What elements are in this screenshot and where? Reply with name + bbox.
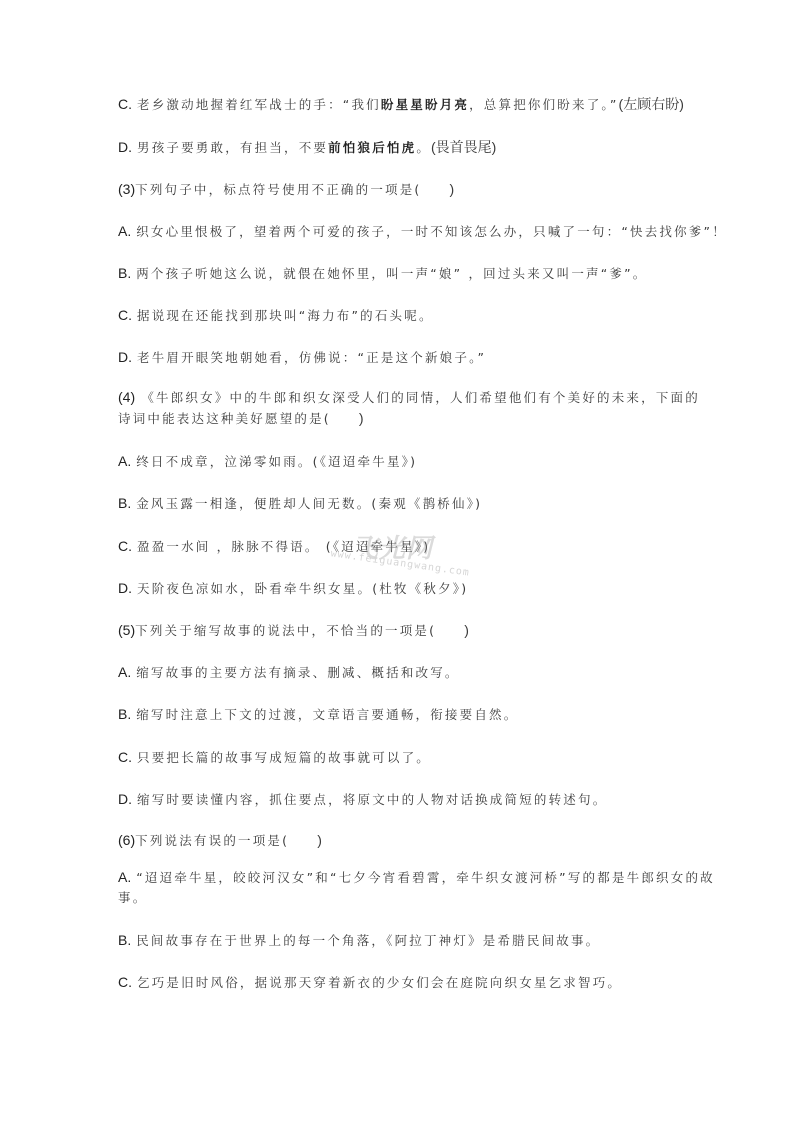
option-text: 民间故事存在于世界上的每一个角落，《阿拉丁神灯》是希腊民间故事。 xyxy=(136,933,600,948)
question-number: (6) xyxy=(118,832,135,848)
q4-option-d: D.天阶夜色凉如水，卧看牵牛织女星。(杜牧《秋夕》) xyxy=(118,578,678,599)
question-text: 下列关于缩写故事的说法中，不恰当的一项是( xyxy=(135,623,436,638)
q3-option-b: B.两个孩子听她这么说，就偎在她怀里，叫一声“娘” ，回过头来又叫一声“爹”。 xyxy=(118,263,678,284)
option-text: 据说现在还能找到那块叫“海力布”的石头呢。 xyxy=(137,308,434,323)
option-text: 天阶夜色凉如水，卧看牵牛织女星。(杜牧《秋夕》) xyxy=(137,581,468,596)
option-text: 只要把长篇的故事写成短篇的故事就可以了。 xyxy=(137,750,431,765)
q4-option-b: B.金风玉露一相逢，便胜却人间无数。(秦观《鹊桥仙》) xyxy=(118,493,678,514)
q6-option-a-line2: 事。 xyxy=(118,887,678,908)
option-label: C. xyxy=(118,538,132,554)
option-label: D. xyxy=(118,349,132,365)
option-text: 盈盈一水间 ，脉脉不得语。 (《迢迢牵牛星》) xyxy=(137,539,430,554)
option-text: “迢迢牵牛星，皎皎河汉女”和“七夕今宵看碧霄，牵牛织女渡河桥”写的都是牛郎织女的… xyxy=(136,870,715,885)
option-text: 金风玉露一相逢，便胜却人间无数。(秦观《鹊桥仙》) xyxy=(136,496,482,511)
question-number: (4) xyxy=(118,389,135,405)
question-text: 诗词中能表达这种美好愿望的是( xyxy=(118,411,331,426)
q3-option-c: C.据说现在还能找到那块叫“海力布”的石头呢。 xyxy=(118,305,678,326)
option-text: 织女心里恨极了，望着两个可爱的孩子，一时不知该怎么办，只喊了一句：“快去找你爹”… xyxy=(136,224,727,239)
option-label: B. xyxy=(118,932,131,948)
option-text: 。 xyxy=(416,140,431,155)
option-label: C. xyxy=(118,307,132,323)
answer-blank: ) xyxy=(436,622,469,638)
question-text: 下列句子中，标点符号使用不正确的一项是( xyxy=(135,182,421,197)
q6-option-a-line1: A.“迢迢牵牛星，皎皎河汉女”和“七夕今宵看碧霄，牵牛织女渡河桥”写的都是牛郎织… xyxy=(118,867,678,888)
option-text: 缩写故事的主要方法有摘录、删减、概括和改写。 xyxy=(136,665,459,680)
option-text: 事。 xyxy=(118,890,147,905)
answer-blank: ) xyxy=(331,410,364,426)
option-label: C. xyxy=(118,96,132,112)
question-number: (3) xyxy=(118,181,135,197)
option-label: A. xyxy=(118,223,131,239)
option-label: C. xyxy=(118,974,132,990)
q3-option-d: D.老牛眉开眼笑地朝她看，仿佛说：“正是这个新娘子。” xyxy=(118,347,678,368)
option-text: 终日不成章，泣涕零如雨。(《迢迢牵牛星》) xyxy=(136,454,417,469)
question-number: (5) xyxy=(118,622,135,638)
q3-stem: (3)下列句子中，标点符号使用不正确的一项是( ) xyxy=(118,179,678,200)
option-text: 老牛眉开眼笑地朝她看，仿佛说：“正是这个新娘子。” xyxy=(137,350,486,365)
q4-stem-line2: 诗词中能表达这种美好愿望的是( ) xyxy=(118,408,678,429)
option-label: B. xyxy=(118,265,131,281)
option-label: C. xyxy=(118,749,132,765)
q4-option-c: C.盈盈一水间 ，脉脉不得语。 (《迢迢牵牛星》) xyxy=(118,536,678,557)
option-label: D. xyxy=(118,791,132,807)
option-label: A. xyxy=(118,869,131,885)
q5-option-a: A.缩写故事的主要方法有摘录、删减、概括和改写。 xyxy=(118,662,678,683)
option-label: A. xyxy=(118,664,131,680)
q6-stem: (6)下列说法有误的一项是( ) xyxy=(118,830,678,851)
question-text: 《牛郎织女》中的牛郎和织女深受人们的同情，人们希望他们有个美好的未来，下面的 xyxy=(141,390,700,405)
idiom: (畏首畏尾) xyxy=(431,139,496,155)
answer-blank: ) xyxy=(422,181,455,197)
option-text: ，总算把你们盼来了。” xyxy=(469,97,618,112)
q2-option-c: C.老乡激动地握着红军战士的手：“我们盼星星盼月亮，总算把你们盼来了。”(左顾右… xyxy=(118,94,678,115)
answer-blank: ) xyxy=(289,832,322,848)
option-text: 缩写时要读懂内容，抓住要点，将原文中的人物对话换成简短的转述句。 xyxy=(137,792,607,807)
option-text: 缩写时注意上下文的过渡，文章语言要通畅，衔接要自然。 xyxy=(136,707,518,722)
idiom: (左顾右盼) xyxy=(619,96,684,112)
option-label: D. xyxy=(118,580,132,596)
bold-phrase: 前怕狼后怕虎 xyxy=(328,140,416,155)
option-label: B. xyxy=(118,495,131,511)
q6-option-c: C.乞巧是旧时风俗，据说那天穿着新衣的少女们会在庭院向织女星乞求智巧。 xyxy=(118,972,678,993)
q5-option-d: D.缩写时要读懂内容，抓住要点，将原文中的人物对话换成简短的转述句。 xyxy=(118,789,678,810)
option-label: A. xyxy=(118,453,131,469)
q3-option-a: A.织女心里恨极了，望着两个可爱的孩子，一时不知该怎么办，只喊了一句：“快去找你… xyxy=(118,221,678,242)
option-label: B. xyxy=(118,706,131,722)
q5-stem: (5)下列关于缩写故事的说法中，不恰当的一项是( ) xyxy=(118,620,678,641)
option-text: 乞巧是旧时风俗，据说那天穿着新衣的少女们会在庭院向织女星乞求智巧。 xyxy=(137,975,622,990)
option-text: 两个孩子听她这么说，就偎在她怀里，叫一声“娘” ，回过头来又叫一声“爹”。 xyxy=(136,266,647,281)
q5-option-b: B.缩写时注意上下文的过渡，文章语言要通畅，衔接要自然。 xyxy=(118,704,678,725)
q4-stem-line1: (4) 《牛郎织女》中的牛郎和织女深受人们的同情，人们希望他们有个美好的未来，下… xyxy=(118,387,678,408)
q2-option-d: D.男孩子要勇敢，有担当，不要前怕狼后怕虎。(畏首畏尾) xyxy=(118,137,678,158)
option-text: 老乡激动地握着红军战士的手：“我们 xyxy=(137,97,381,112)
q4-option-a: A.终日不成章，泣涕零如雨。(《迢迢牵牛星》) xyxy=(118,451,678,472)
q6-option-b: B.民间故事存在于世界上的每一个角落，《阿拉丁神灯》是希腊民间故事。 xyxy=(118,930,678,951)
option-text: 男孩子要勇敢，有担当，不要 xyxy=(137,140,328,155)
bold-phrase: 盼星星盼月亮 xyxy=(381,97,469,112)
option-label: D. xyxy=(118,139,132,155)
q5-option-c: C.只要把长篇的故事写成短篇的故事就可以了。 xyxy=(118,747,678,768)
question-text: 下列说法有误的一项是( xyxy=(135,833,289,848)
